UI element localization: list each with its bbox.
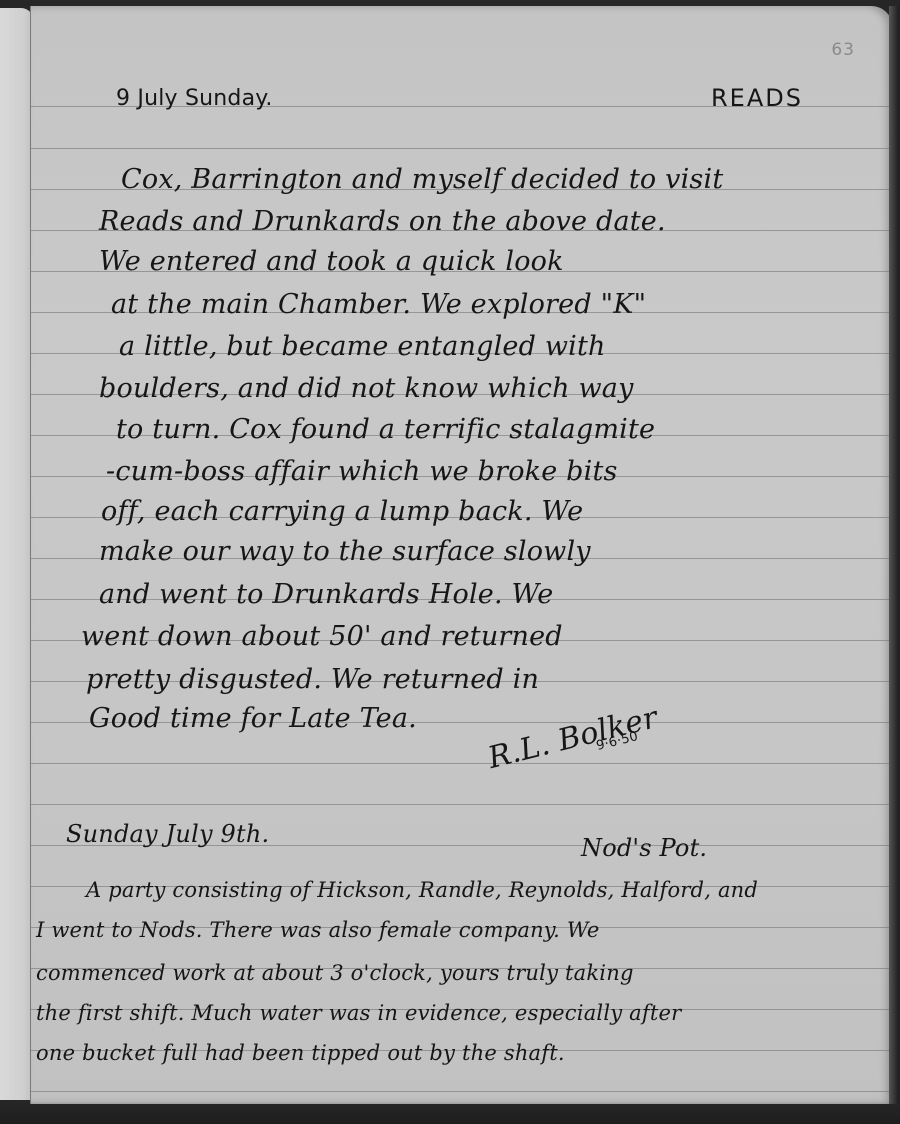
entry1-line: pretty disgusted. We returned in [86,664,539,695]
entry1-line: went down about 50' and returned [81,621,563,652]
bottom-shadow [0,1102,900,1124]
entry1-line: -cum-boss affair which we broke bits [106,456,618,487]
entry1-place: READS [711,84,803,112]
entry1-line: a little, but became entangled with [119,331,606,362]
entry1-line: to turn. Cox found a terrific stalagmite [116,414,655,445]
entry1-line: at the main Chamber. We explored "K" [111,289,646,320]
notebook-scan: 63 9 July Sunday. READS Cox, Barrington … [0,0,900,1124]
entry1-line: We entered and took a quick look [99,246,564,277]
entry2-line: A party consisting of Hickson, Randle, R… [86,878,758,902]
ruled-line [31,1091,893,1092]
entry2-line: commenced work at about 3 o'clock, yours… [36,961,634,985]
ruled-line [31,148,893,149]
entry1-line: make our way to the surface slowly [99,536,591,567]
entry1-line: and went to Drunkards Hole. We [99,579,553,610]
entry1-date: 9 July Sunday. [116,86,273,111]
entry1-line: Cox, Barrington and myself decided to vi… [121,164,723,195]
entry1-line: boulders, and did not know which way [99,373,634,404]
entry2-date: Sunday July 9th. [66,820,269,848]
ruled-line [31,763,893,764]
entry1-line: Reads and Drunkards on the above date. [99,206,666,237]
entry2-line: the first shift. Much water was in evide… [36,1001,681,1025]
entry2-line: I went to Nods. There was also female co… [36,918,600,942]
entry1-line: Good time for Late Tea. [89,703,417,734]
page-number: 63 [831,40,855,60]
entry2-place: Nod's Pot. [581,834,707,862]
notebook-page: 63 9 July Sunday. READS Cox, Barrington … [30,6,893,1104]
ruled-line [31,804,893,805]
entry1-line: off, each carrying a lump back. We [101,496,583,527]
entry2-line: one bucket full had been tipped out by t… [36,1041,565,1065]
